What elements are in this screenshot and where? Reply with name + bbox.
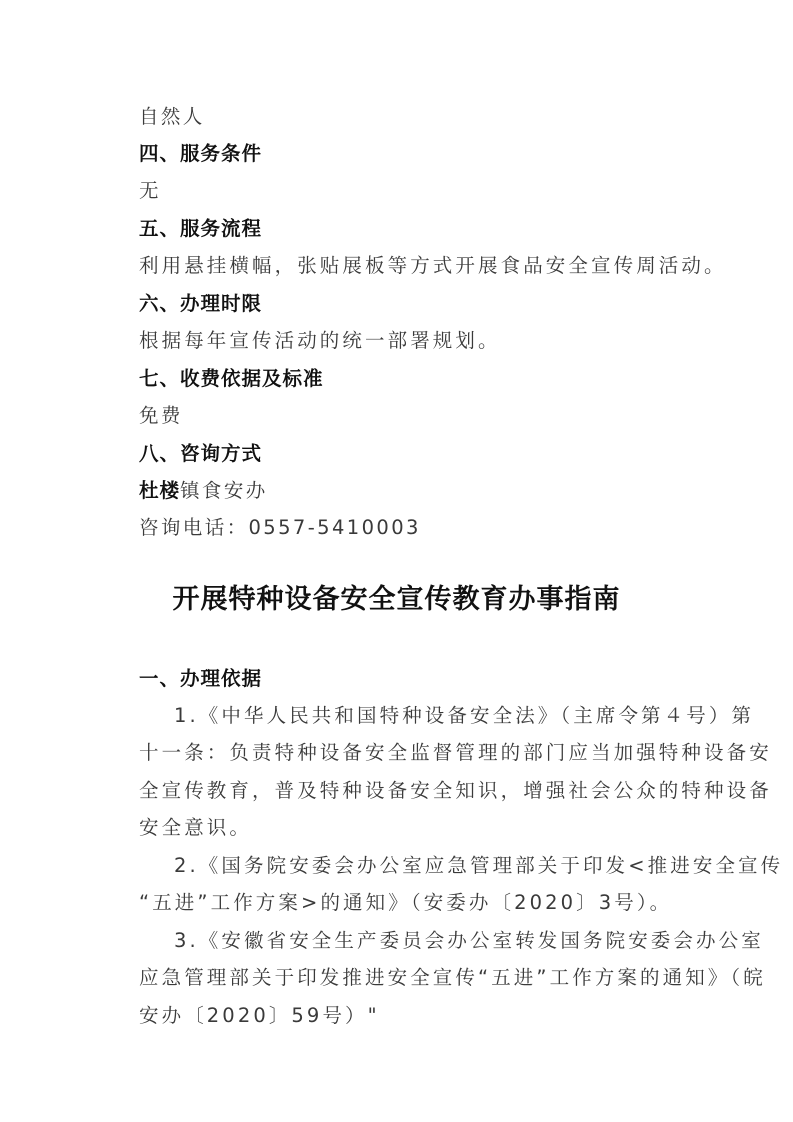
consultation-office: 杜楼镇食安办 (139, 476, 268, 506)
section-heading-fee-basis: 七、收费依据及标准 (139, 364, 324, 394)
consultation-phone: 咨询电话：0557-5410003 (139, 513, 421, 543)
applicant-value: 自然人 (139, 102, 205, 132)
consultation-office-name: 镇食安办 (180, 479, 268, 502)
time-limit-content: 根据每年宣传活动的统一部署规划。 (139, 326, 501, 356)
section-heading-legal-basis: 一、办理依据 (139, 664, 262, 694)
legal-basis-item-1-line-4: 安全意识。 (139, 813, 252, 843)
service-conditions-content: 无 (139, 176, 161, 206)
legal-basis-item-1-line-2: 十一条：负责特种设备安全监督管理的部门应当加强特种设备安 (139, 738, 772, 768)
section-heading-service-conditions: 四、服务条件 (139, 139, 262, 169)
legal-basis-item-3-line-3: 安办〔2020〕59号）" (139, 1001, 380, 1031)
section-heading-time-limit: 六、办理时限 (139, 289, 262, 319)
document-title: 开展特种设备安全宣传教育办事指南 (0, 580, 793, 620)
legal-basis-item-1-line-1: 1.《中华人民共和国特种设备安全法》（主席令第４号）第 (174, 701, 754, 731)
legal-basis-item-1-line-3: 全宣传教育，普及特种设备安全知识，增强社会公众的特种设备 (139, 776, 772, 806)
section-heading-consultation: 八、咨询方式 (139, 439, 262, 469)
legal-basis-item-3-line-2: 应急管理部关于印发推进安全宣传“五进”工作方案的通知》（皖 (139, 963, 766, 993)
legal-basis-item-2-line-2: “五进”工作方案>的通知》（安委办〔2020〕3号）。 (139, 888, 672, 918)
section-heading-service-process: 五、服务流程 (139, 214, 262, 244)
legal-basis-item-2-line-1: 2.《国务院安委会办公室应急管理部关于印发<推进安全宣传 (174, 851, 783, 881)
consultation-office-town: 杜楼 (139, 479, 180, 502)
service-process-content: 利用悬挂横幅，张贴展板等方式开展食品安全宣传周活动。 (139, 251, 727, 281)
legal-basis-item-3-line-1: 3.《安徽省安全生产委员会办公室转发国务院安委会办公室 (174, 926, 764, 956)
fee-basis-content: 免费 (139, 401, 183, 431)
